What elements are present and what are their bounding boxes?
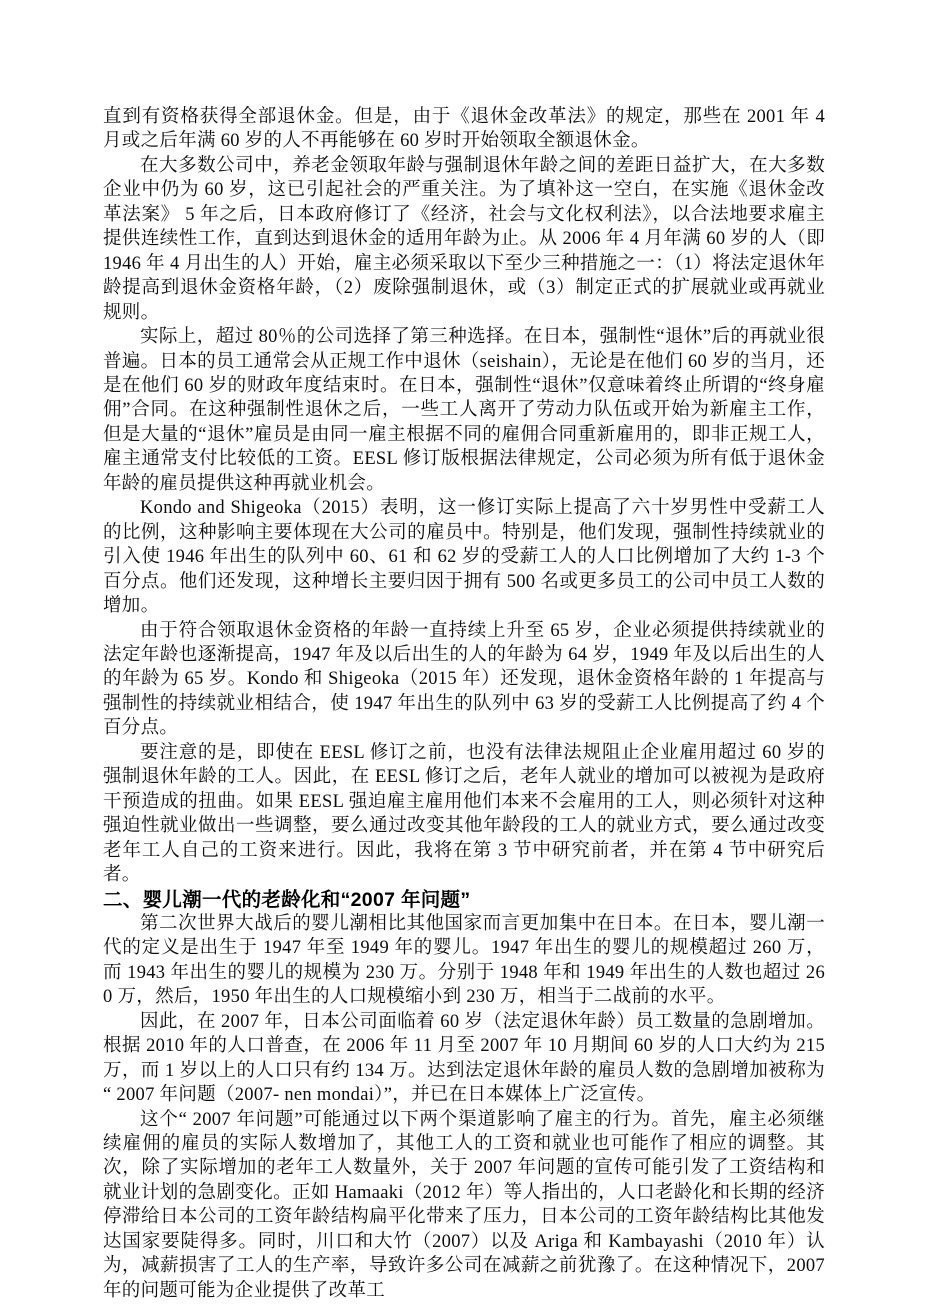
paragraph: 因此，在 2007 年，日本公司面临着 60 岁（法定退休年龄）员工数量的急剧增… <box>103 1010 825 1108</box>
paragraph: Kondo and Shigeoka（2015）表明，这一修订实际上提高了六十岁… <box>103 496 825 618</box>
paragraph: 由于符合领取退休金资格的年龄一直持续上升至 65 岁，企业必须提供持续就业的法定… <box>103 619 825 741</box>
document-page: 直到有资格获得全部退休金。但是，由于《退休金改革法》的规定，那些在 2001 年… <box>0 0 926 1309</box>
paragraph-continuation: 直到有资格获得全部退休金。但是，由于《退休金改革法》的规定，那些在 2001 年… <box>103 105 825 154</box>
paragraph: 在大多数公司中，养老金领取年龄与强制退休年龄之间的差距日益扩大，在大多数企业中仍… <box>103 154 825 325</box>
paragraph: 第二次世界大战后的婴儿潮相比其他国家而言更加集中在日本。在日本，婴儿潮一代的定义… <box>103 912 825 1010</box>
paragraph: 要注意的是，即使在 EESL 修订之前，也没有法律法规阻止企业雇用超过 60 岁… <box>103 741 825 888</box>
paragraph: 这个“ 2007 年问题”可能通过以下两个渠道影响了雇主的行为。首先，雇主必须继… <box>103 1108 825 1304</box>
section-heading: 二、婴儿潮一代的老龄化和“2007 年问题” <box>103 888 825 912</box>
document-body: 直到有资格获得全部退休金。但是，由于《退休金改革法》的规定，那些在 2001 年… <box>103 105 825 1303</box>
paragraph: 实际上，超过 80％的公司选择了第三种选择。在日本，强制性“退休”后的再就业很普… <box>103 325 825 496</box>
